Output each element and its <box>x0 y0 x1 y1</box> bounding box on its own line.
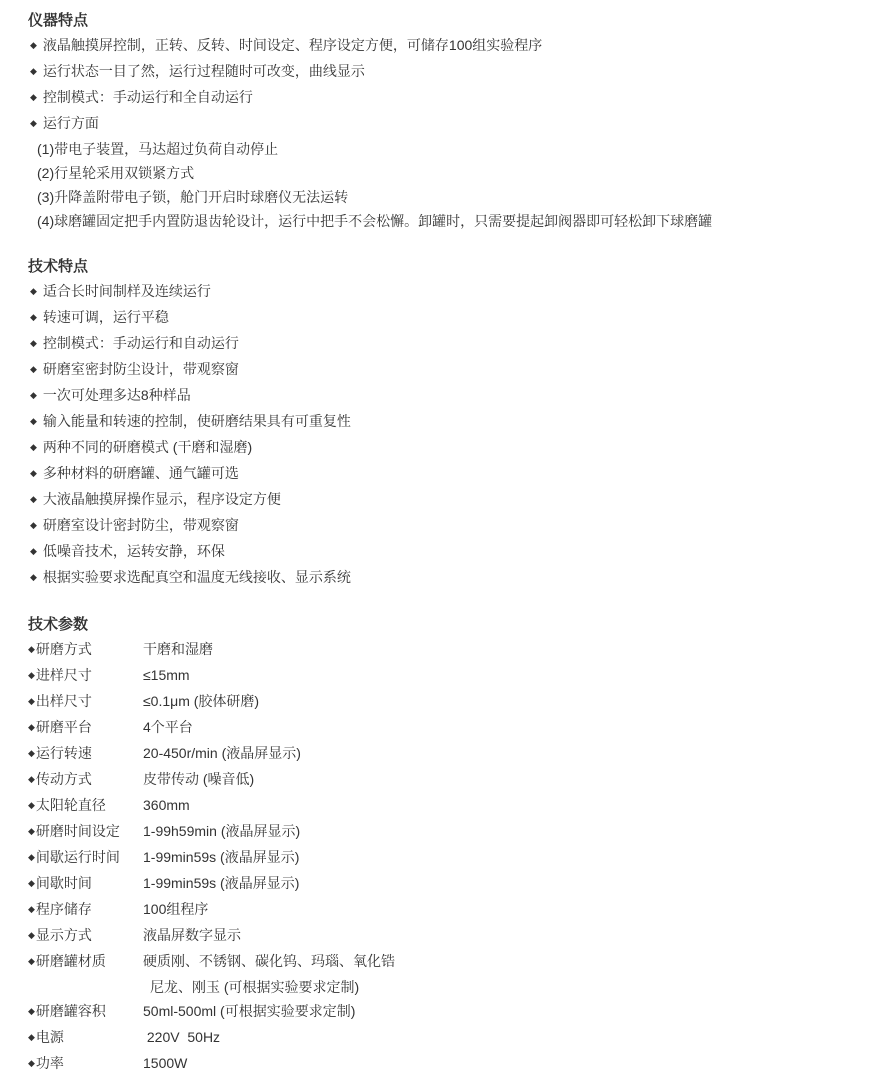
param-row: ◆太阳轮直径 360mm <box>28 793 853 819</box>
param-label-text: 研磨平台 <box>36 719 92 735</box>
feature-item: ◆多种材料的研磨罐、通气罐可选 <box>28 461 853 487</box>
feature-item-text: 根据实验要求选配真空和温度无线接收、显示系统 <box>43 569 351 585</box>
param-label-text: 运行转速 <box>36 745 92 761</box>
param-label: ◆功率 <box>28 1051 143 1077</box>
diamond-bullet-icon: ◆ <box>30 565 37 589</box>
feature-item: ◆输入能量和转速的控制，使研磨结果具有可重复性 <box>28 409 853 435</box>
param-label: ◆研磨平台 <box>28 715 143 741</box>
param-value: 1500W <box>143 1051 187 1077</box>
feature-item-text: 两种不同的研磨模式 (干磨和湿磨) <box>43 439 252 455</box>
param-label-text: 传动方式 <box>36 771 92 787</box>
param-label-text: 功率 <box>36 1055 64 1071</box>
param-value: 220V 50Hz <box>143 1025 220 1051</box>
param-value: ≤0.1μm (胶体研磨) <box>143 689 259 715</box>
diamond-bullet-icon: ◆ <box>28 741 35 765</box>
diamond-bullet-icon: ◆ <box>28 949 35 973</box>
param-label-text: 间歇运行时间 <box>36 849 120 865</box>
param-label: ◆传动方式 <box>28 767 143 793</box>
diamond-bullet-icon: ◆ <box>30 513 37 537</box>
feature-item-text: 控制模式：手动运行和全自动运行 <box>43 89 253 105</box>
param-label-text: 程序储存 <box>36 901 92 917</box>
param-row: ◆研磨罐容积 50ml-500ml (可根据实验要求定制) <box>28 999 853 1025</box>
feature-item-text: 适合长时间制样及连续运行 <box>43 283 211 299</box>
param-value: ≤15mm <box>143 663 190 689</box>
feature-item: ◆研磨室密封防尘设计，带观察窗 <box>28 357 853 383</box>
param-value: 360mm <box>143 793 190 819</box>
feature-item: ◆转速可调，运行平稳 <box>28 305 853 331</box>
feature-item: ◆大液晶触摸屏操作显示，程序设定方便 <box>28 487 853 513</box>
diamond-bullet-icon: ◆ <box>30 461 37 485</box>
param-value: 1-99min59s (液晶屏显示) <box>143 845 299 871</box>
feature-sub-item: (2)行星轮采用双锁紧方式 <box>28 161 853 185</box>
feature-item: ◆研磨室设计密封防尘，带观察窗 <box>28 513 853 539</box>
param-label-text: 研磨罐容积 <box>36 1003 106 1019</box>
param-label: ◆进样尺寸 <box>28 663 143 689</box>
feature-item-text: 运行状态一目了然，运行过程随时可改变，曲线显示 <box>43 63 365 79</box>
param-label: ◆研磨时间设定 <box>28 819 143 845</box>
param-label: ◆间歇运行时间 <box>28 845 143 871</box>
diamond-bullet-icon: ◆ <box>30 435 37 459</box>
diamond-bullet-icon: ◆ <box>28 767 35 791</box>
param-label: ◆电源 <box>28 1025 143 1051</box>
param-label: ◆研磨罐容积 <box>28 999 143 1025</box>
diamond-bullet-icon: ◆ <box>30 305 37 329</box>
param-value: 4个平台 <box>143 715 193 741</box>
diamond-bullet-icon: ◆ <box>28 871 35 895</box>
diamond-bullet-icon: ◆ <box>30 33 37 57</box>
param-row: ◆电源 220V 50Hz <box>28 1025 853 1051</box>
param-value-continuation: 尼龙、刚玉 (可根据实验要求定制) <box>28 975 853 999</box>
feature-item: ◆运行方面 <box>28 111 853 137</box>
feature-item: ◆运行状态一目了然，运行过程随时可改变，曲线显示 <box>28 59 853 85</box>
param-label-text: 出样尺寸 <box>36 693 92 709</box>
diamond-bullet-icon: ◆ <box>28 999 35 1023</box>
param-label: ◆运行转速 <box>28 741 143 767</box>
diamond-bullet-icon: ◆ <box>30 85 37 109</box>
section-instrument-features: 仪器特点 ◆液晶触摸屏控制，正转、反转、时间设定、程序设定方便，可储存100组实… <box>28 9 853 233</box>
diamond-bullet-icon: ◆ <box>28 715 35 739</box>
feature-item-text: 低噪音技术，运转安静，环保 <box>43 543 225 559</box>
diamond-bullet-icon: ◆ <box>30 331 37 355</box>
param-value: 100组程序 <box>143 897 208 923</box>
diamond-bullet-icon: ◆ <box>28 1025 35 1049</box>
feature-item-text: 控制模式：手动运行和自动运行 <box>43 335 239 351</box>
feature-item: ◆控制模式：手动运行和全自动运行 <box>28 85 853 111</box>
feature-sub-item: (1)带电子装置，马达超过负荷自动停止 <box>28 137 853 161</box>
feature-item: ◆一次可处理多达8种样品 <box>28 383 853 409</box>
feature-item: ◆液晶触摸屏控制，正转、反转、时间设定、程序设定方便，可储存100组实验程序 <box>28 33 853 59</box>
diamond-bullet-icon: ◆ <box>30 59 37 83</box>
param-row: ◆传动方式 皮带传动 (噪音低) <box>28 767 853 793</box>
product-description-page: 仪器特点 ◆液晶触摸屏控制，正转、反转、时间设定、程序设定方便，可储存100组实… <box>0 0 871 1087</box>
param-row: ◆研磨平台 4个平台 <box>28 715 853 741</box>
param-row: ◆研磨罐材质 硬质刚、不锈钢、碳化钨、玛瑙、氧化锆 <box>28 949 853 975</box>
feature-item: ◆两种不同的研磨模式 (干磨和湿磨) <box>28 435 853 461</box>
param-label: ◆显示方式 <box>28 923 143 949</box>
diamond-bullet-icon: ◆ <box>30 357 37 381</box>
diamond-bullet-icon: ◆ <box>28 663 35 687</box>
technical-params-title: 技术参数 <box>28 613 853 637</box>
param-row: ◆出样尺寸 ≤0.1μm (胶体研磨) <box>28 689 853 715</box>
param-label: ◆太阳轮直径 <box>28 793 143 819</box>
param-value: 1-99h59min (液晶屏显示) <box>143 819 300 845</box>
feature-item: ◆适合长时间制样及连续运行 <box>28 279 853 305</box>
diamond-bullet-icon: ◆ <box>30 383 37 407</box>
diamond-bullet-icon: ◆ <box>28 1051 35 1075</box>
feature-item-text: 一次可处理多达8种样品 <box>43 387 191 403</box>
param-row: ◆研磨方式 干磨和湿磨 <box>28 637 853 663</box>
feature-item-text: 液晶触摸屏控制，正转、反转、时间设定、程序设定方便，可储存100组实验程序 <box>43 37 542 53</box>
param-row: ◆间歇运行时间 1-99min59s (液晶屏显示) <box>28 845 853 871</box>
feature-item: ◆控制模式：手动运行和自动运行 <box>28 331 853 357</box>
param-value: 1-99min59s (液晶屏显示) <box>143 871 299 897</box>
feature-item-text: 大液晶触摸屏操作显示，程序设定方便 <box>43 491 281 507</box>
technical-features-title: 技术特点 <box>28 255 853 279</box>
param-row: ◆研磨时间设定 1-99h59min (液晶屏显示) <box>28 819 853 845</box>
param-label: ◆研磨罐材质 <box>28 949 143 975</box>
diamond-bullet-icon: ◆ <box>28 819 35 843</box>
diamond-bullet-icon: ◆ <box>28 793 35 817</box>
param-row: ◆运行转速 20-450r/min (液晶屏显示) <box>28 741 853 767</box>
param-label-text: 显示方式 <box>36 927 92 943</box>
param-label-text: 电源 <box>36 1029 64 1045</box>
param-value: 液晶屏数字显示 <box>143 923 241 949</box>
diamond-bullet-icon: ◆ <box>30 539 37 563</box>
section-technical-features: 技术特点 ◆适合长时间制样及连续运行 ◆转速可调，运行平稳 ◆控制模式：手动运行… <box>28 255 853 591</box>
diamond-bullet-icon: ◆ <box>30 409 37 433</box>
param-row: ◆程序储存 100组程序 <box>28 897 853 923</box>
feature-item: ◆根据实验要求选配真空和温度无线接收、显示系统 <box>28 565 853 591</box>
diamond-bullet-icon: ◆ <box>28 923 35 947</box>
param-row: ◆进样尺寸 ≤15mm <box>28 663 853 689</box>
diamond-bullet-icon: ◆ <box>28 689 35 713</box>
param-row: ◆间歇时间 1-99min59s (液晶屏显示) <box>28 871 853 897</box>
section-technical-params: 技术参数 ◆研磨方式 干磨和湿磨 ◆进样尺寸 ≤15mm ◆出样尺寸 ≤0.1μ… <box>28 613 853 1077</box>
param-label-text: 研磨罐材质 <box>36 953 106 969</box>
feature-item-text: 多种材料的研磨罐、通气罐可选 <box>43 465 239 481</box>
feature-sub-item: (4)球磨罐固定把手内置防退齿轮设计，运行中把手不会松懈。卸罐时，只需要提起卸阀… <box>28 209 853 233</box>
param-row: ◆显示方式 液晶屏数字显示 <box>28 923 853 949</box>
feature-item-text: 转速可调，运行平稳 <box>43 309 169 325</box>
diamond-bullet-icon: ◆ <box>28 845 35 869</box>
instrument-features-title: 仪器特点 <box>28 9 853 33</box>
diamond-bullet-icon: ◆ <box>28 637 35 661</box>
param-value: 20-450r/min (液晶屏显示) <box>143 741 301 767</box>
param-label-text: 研磨方式 <box>36 641 92 657</box>
param-value: 硬质刚、不锈钢、碳化钨、玛瑙、氧化锆 <box>143 949 395 975</box>
param-label-text: 太阳轮直径 <box>36 797 106 813</box>
diamond-bullet-icon: ◆ <box>30 111 37 135</box>
param-label-text: 研磨时间设定 <box>36 823 120 839</box>
param-label-text: 进样尺寸 <box>36 667 92 683</box>
param-row: ◆功率 1500W <box>28 1051 853 1077</box>
diamond-bullet-icon: ◆ <box>30 279 37 303</box>
feature-item-text: 输入能量和转速的控制，使研磨结果具有可重复性 <box>43 413 351 429</box>
feature-item: ◆低噪音技术，运转安静，环保 <box>28 539 853 565</box>
feature-item-text: 研磨室密封防尘设计，带观察窗 <box>43 361 239 377</box>
feature-item-text: 研磨室设计密封防尘，带观察窗 <box>43 517 239 533</box>
diamond-bullet-icon: ◆ <box>30 487 37 511</box>
param-value: 50ml-500ml (可根据实验要求定制) <box>143 999 355 1025</box>
feature-sub-item: (3)升降盖附带电子锁，舱门开启时球磨仪无法运转 <box>28 185 853 209</box>
param-label: ◆出样尺寸 <box>28 689 143 715</box>
param-value: 皮带传动 (噪音低) <box>143 767 254 793</box>
param-value: 干磨和湿磨 <box>143 637 213 663</box>
param-label: ◆研磨方式 <box>28 637 143 663</box>
diamond-bullet-icon: ◆ <box>28 897 35 921</box>
param-label: ◆间歇时间 <box>28 871 143 897</box>
feature-item-text: 运行方面 <box>43 115 99 131</box>
param-label: ◆程序储存 <box>28 897 143 923</box>
param-label-text: 间歇时间 <box>36 875 92 891</box>
